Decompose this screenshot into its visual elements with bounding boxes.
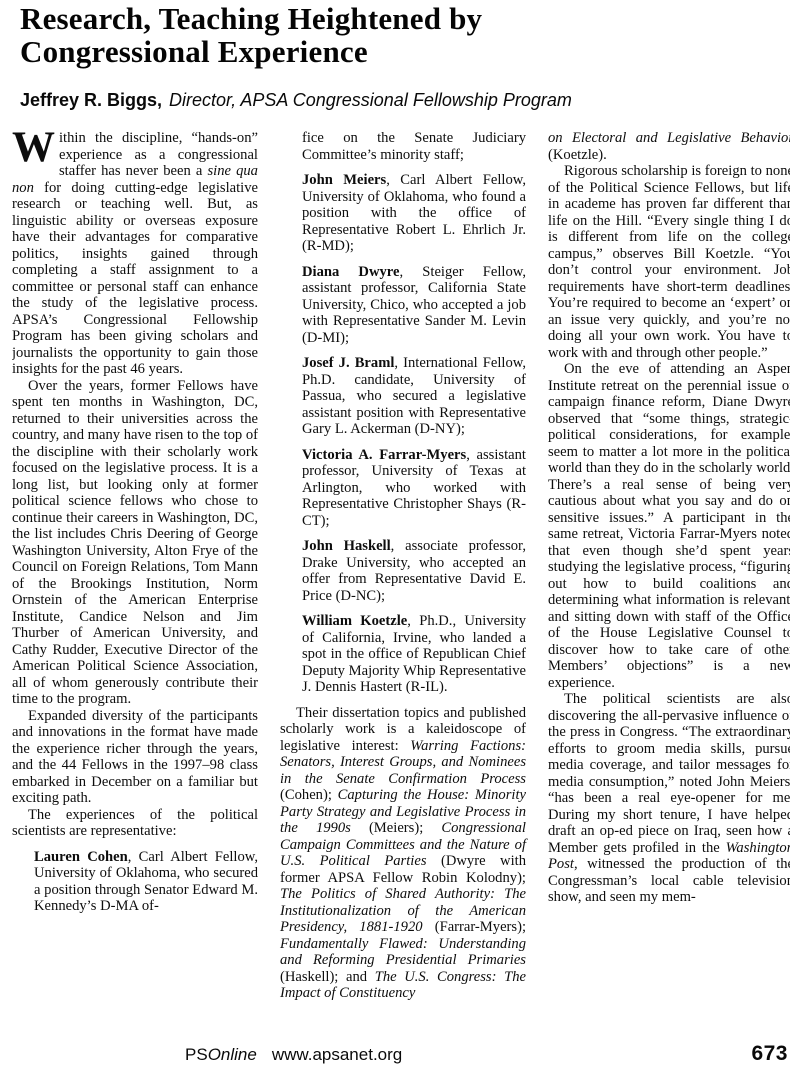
article-title: Research, Teaching Heightened by Congres… (20, 2, 780, 68)
journal-name-online: Online (208, 1045, 257, 1064)
journal-website: www.apsanet.org (272, 1045, 402, 1065)
journal-page: Research, Teaching Heightened by Congres… (0, 0, 800, 1086)
fellow-list-item: Lauren Cohen, Carl Albert Fellow, Univer… (34, 849, 258, 915)
journal-name: PSOnline (185, 1045, 257, 1065)
article-title-line1: Research, Teaching Heightened by (20, 1, 482, 36)
fellow-list-item: John Haskell, associate professor, Drake… (302, 538, 526, 604)
fellow-list-item: Josef J. Braml, International Fellow, Ph… (302, 355, 526, 438)
paragraph: on Electoral and Legislative Behavior (K… (548, 130, 790, 163)
paragraph: The experiences of the political scienti… (12, 807, 258, 840)
paragraph: Over the years, former Fellows have spen… (12, 378, 258, 708)
drop-cap: W (12, 130, 59, 164)
paragraph: Rigorous scholarship is foreign to none … (548, 163, 790, 361)
paragraph: Within the discipline, “hands-on” experi… (12, 130, 258, 378)
article-header: Research, Teaching Heightened by Congres… (0, 0, 800, 111)
byline: Jeffrey R. Biggs,Director, APSA Congress… (20, 90, 780, 111)
journal-name-ps: PS (185, 1045, 208, 1064)
fellow-list-item: William Koetzle, Ph.D., University of Ca… (302, 613, 526, 696)
article-title-line2: Congressional Experience (20, 34, 368, 69)
column-2: fice on the Senate Judiciary Committee’s… (280, 130, 526, 1042)
article-body: Within the discipline, “hands-on” experi… (12, 130, 790, 1042)
paragraph: Their dissertation topics and published … (280, 705, 526, 1002)
author-role: Director, APSA Congressional Fellowship … (169, 90, 572, 110)
column-3: on Electoral and Legislative Behavior (K… (548, 130, 790, 1042)
fellow-list-item: fice on the Senate Judiciary Committee’s… (302, 130, 526, 163)
paragraph: The political scientists are also discov… (548, 691, 790, 906)
page-number: 673 (751, 1042, 788, 1066)
column-1: Within the discipline, “hands-on” experi… (12, 130, 258, 1042)
fellow-list-item: Victoria A. Farrar-Myers, assistant prof… (302, 447, 526, 530)
author-name: Jeffrey R. Biggs, (20, 90, 162, 110)
fellow-list-item: Diana Dwyre, Steiger Fellow, assistant p… (302, 264, 526, 347)
paragraph: Expanded diversity of the participants a… (12, 708, 258, 807)
fellow-list-item: John Meiers, Carl Albert Fellow, Univers… (302, 172, 526, 255)
page-footer: PSOnline www.apsanet.org 673 (0, 1042, 800, 1066)
paragraph: On the eve of attending an Aspen Institu… (548, 361, 790, 691)
